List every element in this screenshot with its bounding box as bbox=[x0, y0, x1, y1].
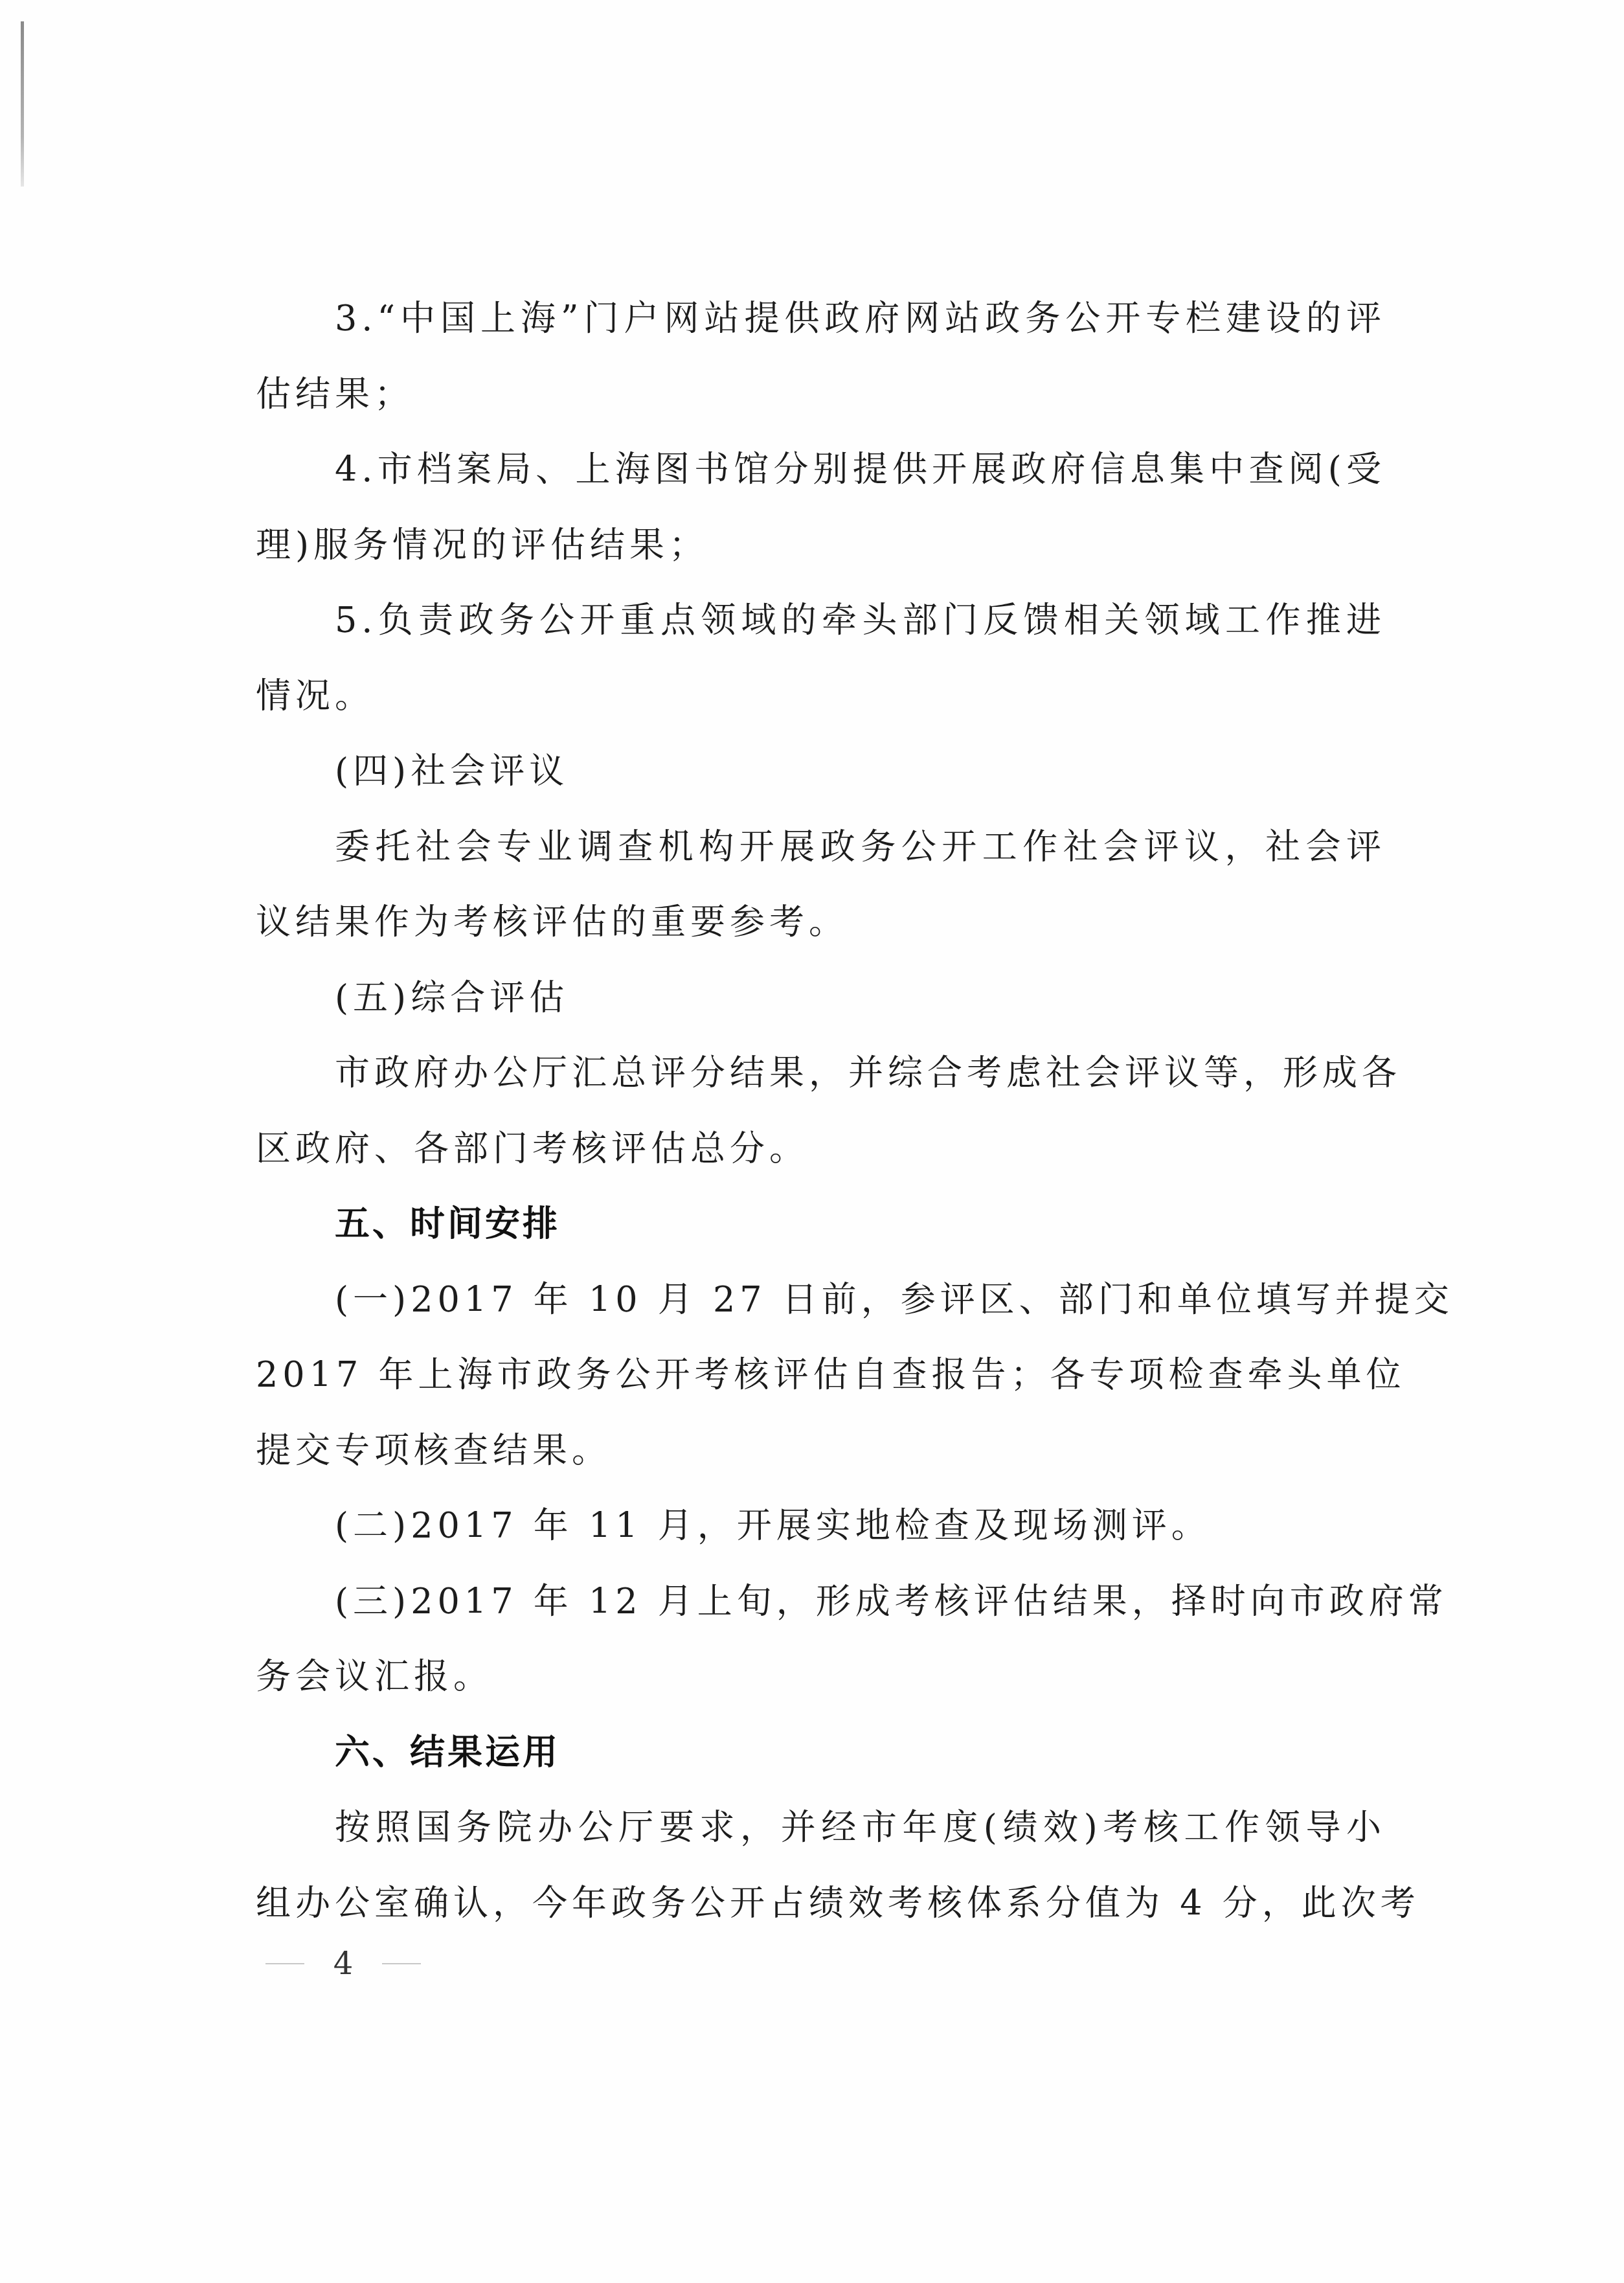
paragraph-line: 议结果作为考核评估的重要参考。 bbox=[256, 885, 1386, 960]
paragraph-line: 4.市档案局、上海图书馆分别提供开展政府信息集中查阅(受 bbox=[256, 432, 1386, 508]
paragraph-line: 5.负责政务公开重点领域的牵头部门反馈相关领域工作推进 bbox=[256, 583, 1386, 659]
page-footer: 4 bbox=[265, 1944, 421, 1983]
binding-margin-line bbox=[21, 21, 24, 187]
paragraph-line: (二)2017 年 11 月，开展实地检查及现场测评。 bbox=[256, 1488, 1386, 1564]
document-body: 3.“中国上海”门户网站提供政府网站政务公开专栏建设的评估结果；4.市档案局、上… bbox=[256, 281, 1386, 1941]
paragraph-line: 务会议汇报。 bbox=[256, 1639, 1386, 1715]
section-heading: 五、时间安排 bbox=[256, 1187, 1386, 1262]
paragraph-line: 委托社会专业调查机构开展政务公开工作社会评议，社会评 bbox=[256, 810, 1386, 885]
paragraph-line: 3.“中国上海”门户网站提供政府网站政务公开专栏建设的评 bbox=[256, 281, 1386, 357]
paragraph-line: (五)综合评估 bbox=[256, 960, 1386, 1036]
paragraph-line: 市政府办公厅汇总评分结果，并综合考虑社会评议等，形成各 bbox=[256, 1036, 1386, 1111]
paragraph-line: (三)2017 年 12 月上旬，形成考核评估结果，择时向市政府常 bbox=[256, 1564, 1386, 1640]
page-number-dash-left bbox=[265, 1963, 304, 1964]
paragraph-line: 估结果； bbox=[256, 357, 1386, 433]
paragraph-line: 情况。 bbox=[256, 659, 1386, 734]
document-page: 3.“中国上海”门户网站提供政府网站政务公开专栏建设的评估结果；4.市档案局、上… bbox=[0, 0, 1624, 2283]
paragraph-line: 理)服务情况的评估结果； bbox=[256, 508, 1386, 584]
paragraph-line: 提交专项核查结果。 bbox=[256, 1413, 1386, 1489]
paragraph-line: (一)2017 年 10 月 27 日前，参评区、部门和单位填写并提交 bbox=[256, 1262, 1386, 1338]
paragraph-line: 组办公室确认，今年政务公开占绩效考核体系分值为 4 分，此次考 bbox=[256, 1866, 1386, 1942]
paragraph-line: 区政府、各部门考核评估总分。 bbox=[256, 1111, 1386, 1187]
section-heading: 六、结果运用 bbox=[256, 1715, 1386, 1791]
paragraph-line: 按照国务院办公厅要求，并经市年度(绩效)考核工作领导小 bbox=[256, 1790, 1386, 1866]
page-number: 4 bbox=[333, 1946, 354, 1982]
page-number-dash-right bbox=[382, 1963, 421, 1964]
paragraph-line: 2017 年上海市政务公开考核评估自查报告；各专项检查牵头单位 bbox=[256, 1337, 1386, 1413]
paragraph-line: (四)社会评议 bbox=[256, 734, 1386, 810]
